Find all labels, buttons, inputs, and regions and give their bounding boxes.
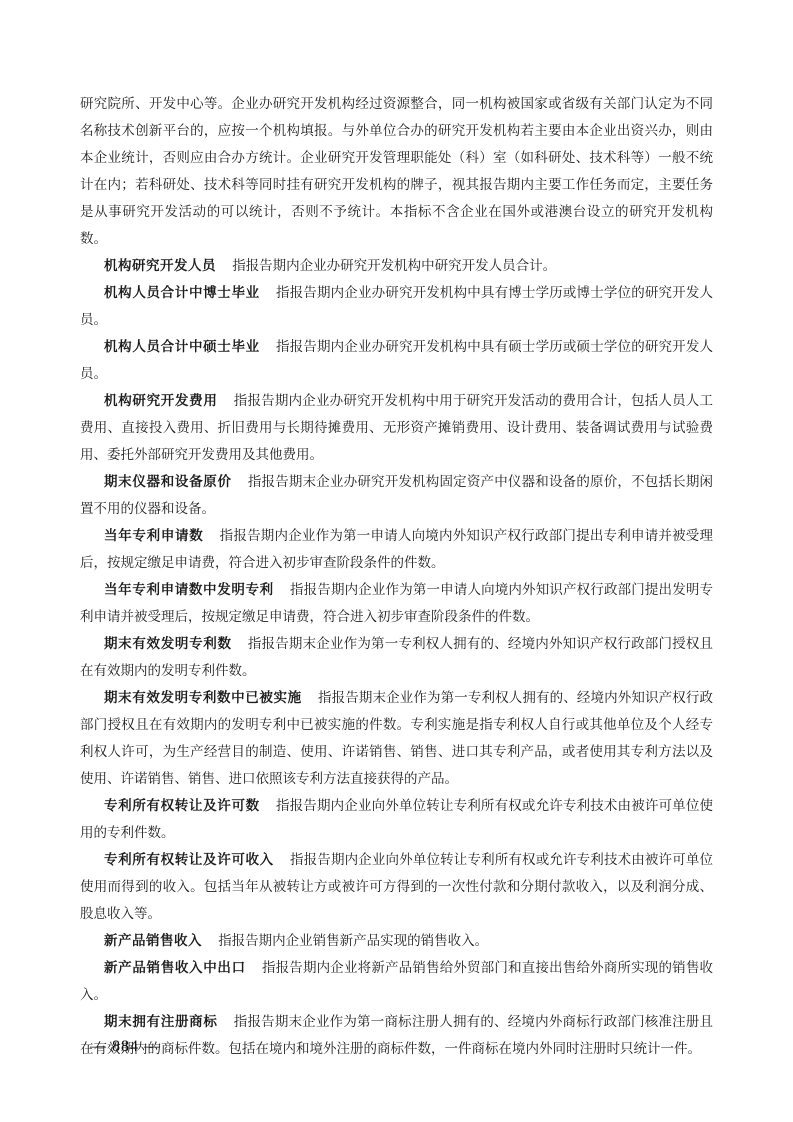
definition-entry: 专利所有权转让及许可数指报告期内企业向外单位转让专利所有权或允许专利技术由被许可… [80, 792, 713, 846]
definition-entry: 机构人员合计中博士毕业指报告期内企业办研究开发机构中具有博士学历或博士学位的研究… [80, 279, 713, 333]
definition-entries: 机构研究开发人员指报告期内企业办研究开发机构中研究开发人员合计。 机构人员合计中… [80, 252, 713, 1062]
entry-term: 机构研究开发人员 [104, 258, 216, 273]
document-page: 研究院所、开发中心等。企业办研究开发机构经过资源整合，同一机构被国家或省级有关部… [0, 0, 793, 1122]
page-body: 研究院所、开发中心等。企业办研究开发机构经过资源整合，同一机构被国家或省级有关部… [80, 90, 713, 1062]
entry-term: 新产品销售收入 [104, 933, 202, 948]
definition-entry: 期末有效发明专利数中已被实施指报告期末企业作为第一专利权人拥有的、经境内外知识产… [80, 684, 713, 792]
page-number-text: — 884 — [90, 1038, 161, 1055]
entry-definition: 指报告期内企业销售新产品实现的销售收入。 [218, 933, 488, 948]
entry-term: 机构人员合计中博士毕业 [104, 285, 260, 300]
entry-term: 机构人员合计中硕士毕业 [104, 339, 260, 354]
entry-term: 期末仪器和设备原价 [104, 474, 232, 489]
entry-term: 当年专利申请数 [104, 528, 203, 543]
entry-definition: 指报告期内企业办研究开发机构中研究开发人员合计。 [232, 258, 556, 273]
definition-entry: 当年专利申请数指报告期内企业作为第一申请人向境内外知识产权行政部门提出专利申请并… [80, 522, 713, 576]
definition-entry: 机构研究开发人员指报告期内企业办研究开发机构中研究开发人员合计。 [80, 252, 713, 279]
definition-entry: 新产品销售收入指报告期内企业销售新产品实现的销售收入。 [80, 927, 713, 954]
definition-entry: 当年专利申请数中发明专利指报告期内企业作为第一申请人向境内外知识产权行政部门提出… [80, 576, 713, 630]
entry-term: 期末有效发明专利数中已被实施 [104, 690, 302, 705]
entry-term: 机构研究开发费用 [104, 393, 218, 408]
page-footer: — 884 — [90, 1038, 161, 1056]
definition-entry: 期末有效发明专利数指报告期末企业作为第一专利权人拥有的、经境内外知识产权行政部门… [80, 630, 713, 684]
entry-term: 专利所有权转让及许可收入 [104, 852, 274, 867]
entry-term: 当年专利申请数中发明专利 [104, 582, 274, 597]
definition-entry: 机构人员合计中硕士毕业指报告期内企业办研究开发机构中具有硕士学历或硕士学位的研究… [80, 333, 713, 387]
definition-entry: 机构研究开发费用指报告期内企业办研究开发机构中用于研究开发活动的费用合计，包括人… [80, 387, 713, 468]
definition-entry: 专利所有权转让及许可收入指报告期内企业向外单位转让专利所有权或允许专利技术由被许… [80, 846, 713, 927]
entry-term: 期末有效发明专利数 [104, 636, 232, 651]
definition-entry: 新产品销售收入中出口指报告期内企业将新产品销售给外贸部门和直接出售给外商所实现的… [80, 954, 713, 1008]
entry-term: 期末拥有注册商标 [104, 1014, 218, 1029]
continuation-paragraph: 研究院所、开发中心等。企业办研究开发机构经过资源整合，同一机构被国家或省级有关部… [80, 90, 713, 252]
entry-term: 新产品销售收入中出口 [104, 960, 246, 975]
entry-term: 专利所有权转让及许可数 [104, 798, 260, 813]
definition-entry: 期末仪器和设备原价指报告期末企业办研究开发机构固定资产中仪器和设备的原价，不包括… [80, 468, 713, 522]
definition-entry: 期末拥有注册商标指报告期末企业作为第一商标注册人拥有的、经境内外商标行政部门核准… [80, 1008, 713, 1062]
